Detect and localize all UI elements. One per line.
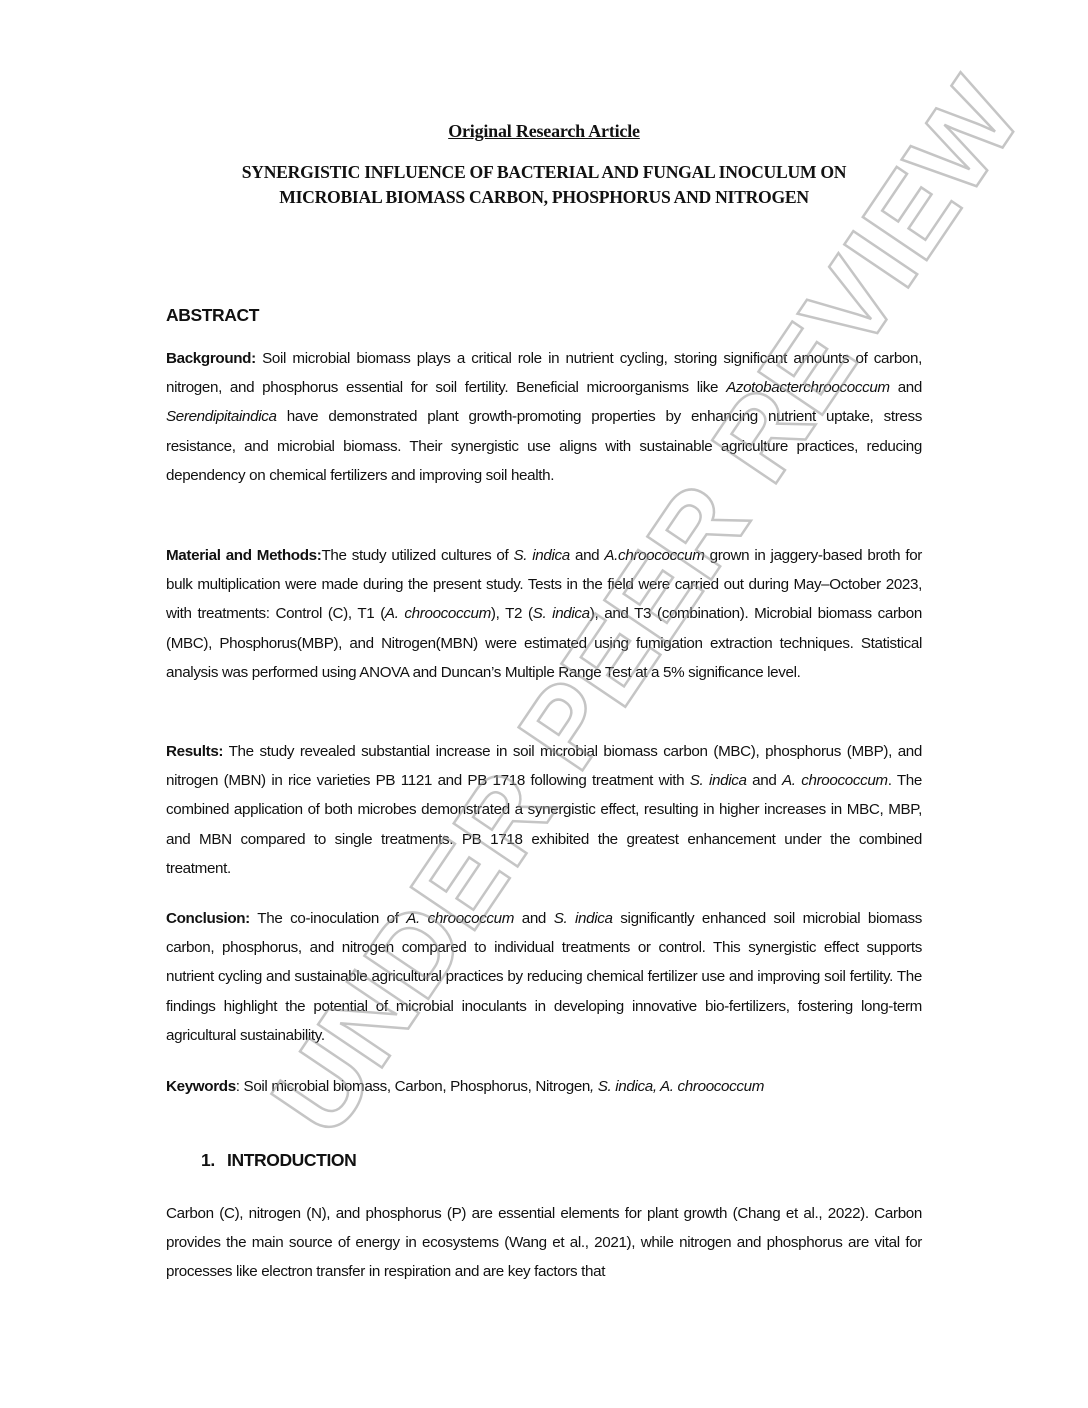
- background-text: have demonstrated plant growth-promoting…: [166, 408, 922, 483]
- species-name: S. indica: [690, 772, 747, 789]
- keywords-label: Keywords: [166, 1078, 236, 1095]
- keywords-text: : Soil microbial biomass, Carbon, Phosph…: [236, 1078, 590, 1095]
- keywords: Keywords: Soil microbial biomass, Carbon…: [166, 1072, 922, 1101]
- background-text: and: [890, 379, 922, 396]
- species-name: Azotobacterchroococcum: [726, 379, 890, 396]
- introduction-heading: 1.INTRODUCTION: [201, 1150, 356, 1171]
- background-label: Background:: [166, 350, 256, 367]
- results-label: Results:: [166, 743, 223, 760]
- abstract-results: Results: The study revealed substantial …: [166, 737, 922, 883]
- methods-text: and: [570, 547, 605, 564]
- results-text: and: [747, 772, 782, 789]
- section-number: 1.: [201, 1150, 227, 1171]
- conclusion-text: and: [514, 910, 554, 927]
- section-title: INTRODUCTION: [227, 1150, 356, 1170]
- abstract-background: Background: Soil microbial biomass plays…: [166, 344, 922, 490]
- abstract-conclusion: Conclusion: The co-inoculation of A. chr…: [166, 904, 922, 1050]
- species-name: A. chroococcum: [406, 910, 514, 927]
- species-name: S. indica: [533, 605, 590, 622]
- species-name: Serendipitaindica: [166, 408, 277, 425]
- species-name: A.chroococcum: [604, 547, 704, 564]
- article-type-label: Original Research Article: [0, 121, 1088, 142]
- abstract-heading: ABSTRACT: [166, 305, 259, 326]
- document-page: Original Research Article SYNERGISTIC IN…: [0, 0, 1088, 1408]
- methods-text: The study utilized cultures of: [321, 547, 513, 564]
- methods-label: Material and Methods:: [166, 547, 321, 564]
- methods-text: ), T2 (: [491, 605, 533, 622]
- conclusion-label: Conclusion:: [166, 910, 250, 927]
- title-line-2: MICROBIAL BIOMASS CARBON, PHOSPHORUS AND…: [158, 185, 930, 210]
- conclusion-text: significantly enhanced soil microbial bi…: [166, 910, 922, 1044]
- keywords-species: , S. indica, A. chroococcum: [590, 1078, 764, 1095]
- species-name: S. indica: [514, 547, 570, 564]
- introduction-paragraph: Carbon (C), nitrogen (N), and phosphorus…: [166, 1199, 922, 1287]
- species-name: A. chroococcum: [782, 772, 888, 789]
- species-name: A. chroococcum: [385, 605, 491, 622]
- species-name: S. indica: [554, 910, 613, 927]
- abstract-methods: Material and Methods:The study utilized …: [166, 541, 922, 687]
- conclusion-text: The co-inoculation of: [250, 910, 406, 927]
- article-title: SYNERGISTIC INFLUENCE OF BACTERIAL AND F…: [158, 160, 930, 210]
- title-line-1: SYNERGISTIC INFLUENCE OF BACTERIAL AND F…: [158, 160, 930, 185]
